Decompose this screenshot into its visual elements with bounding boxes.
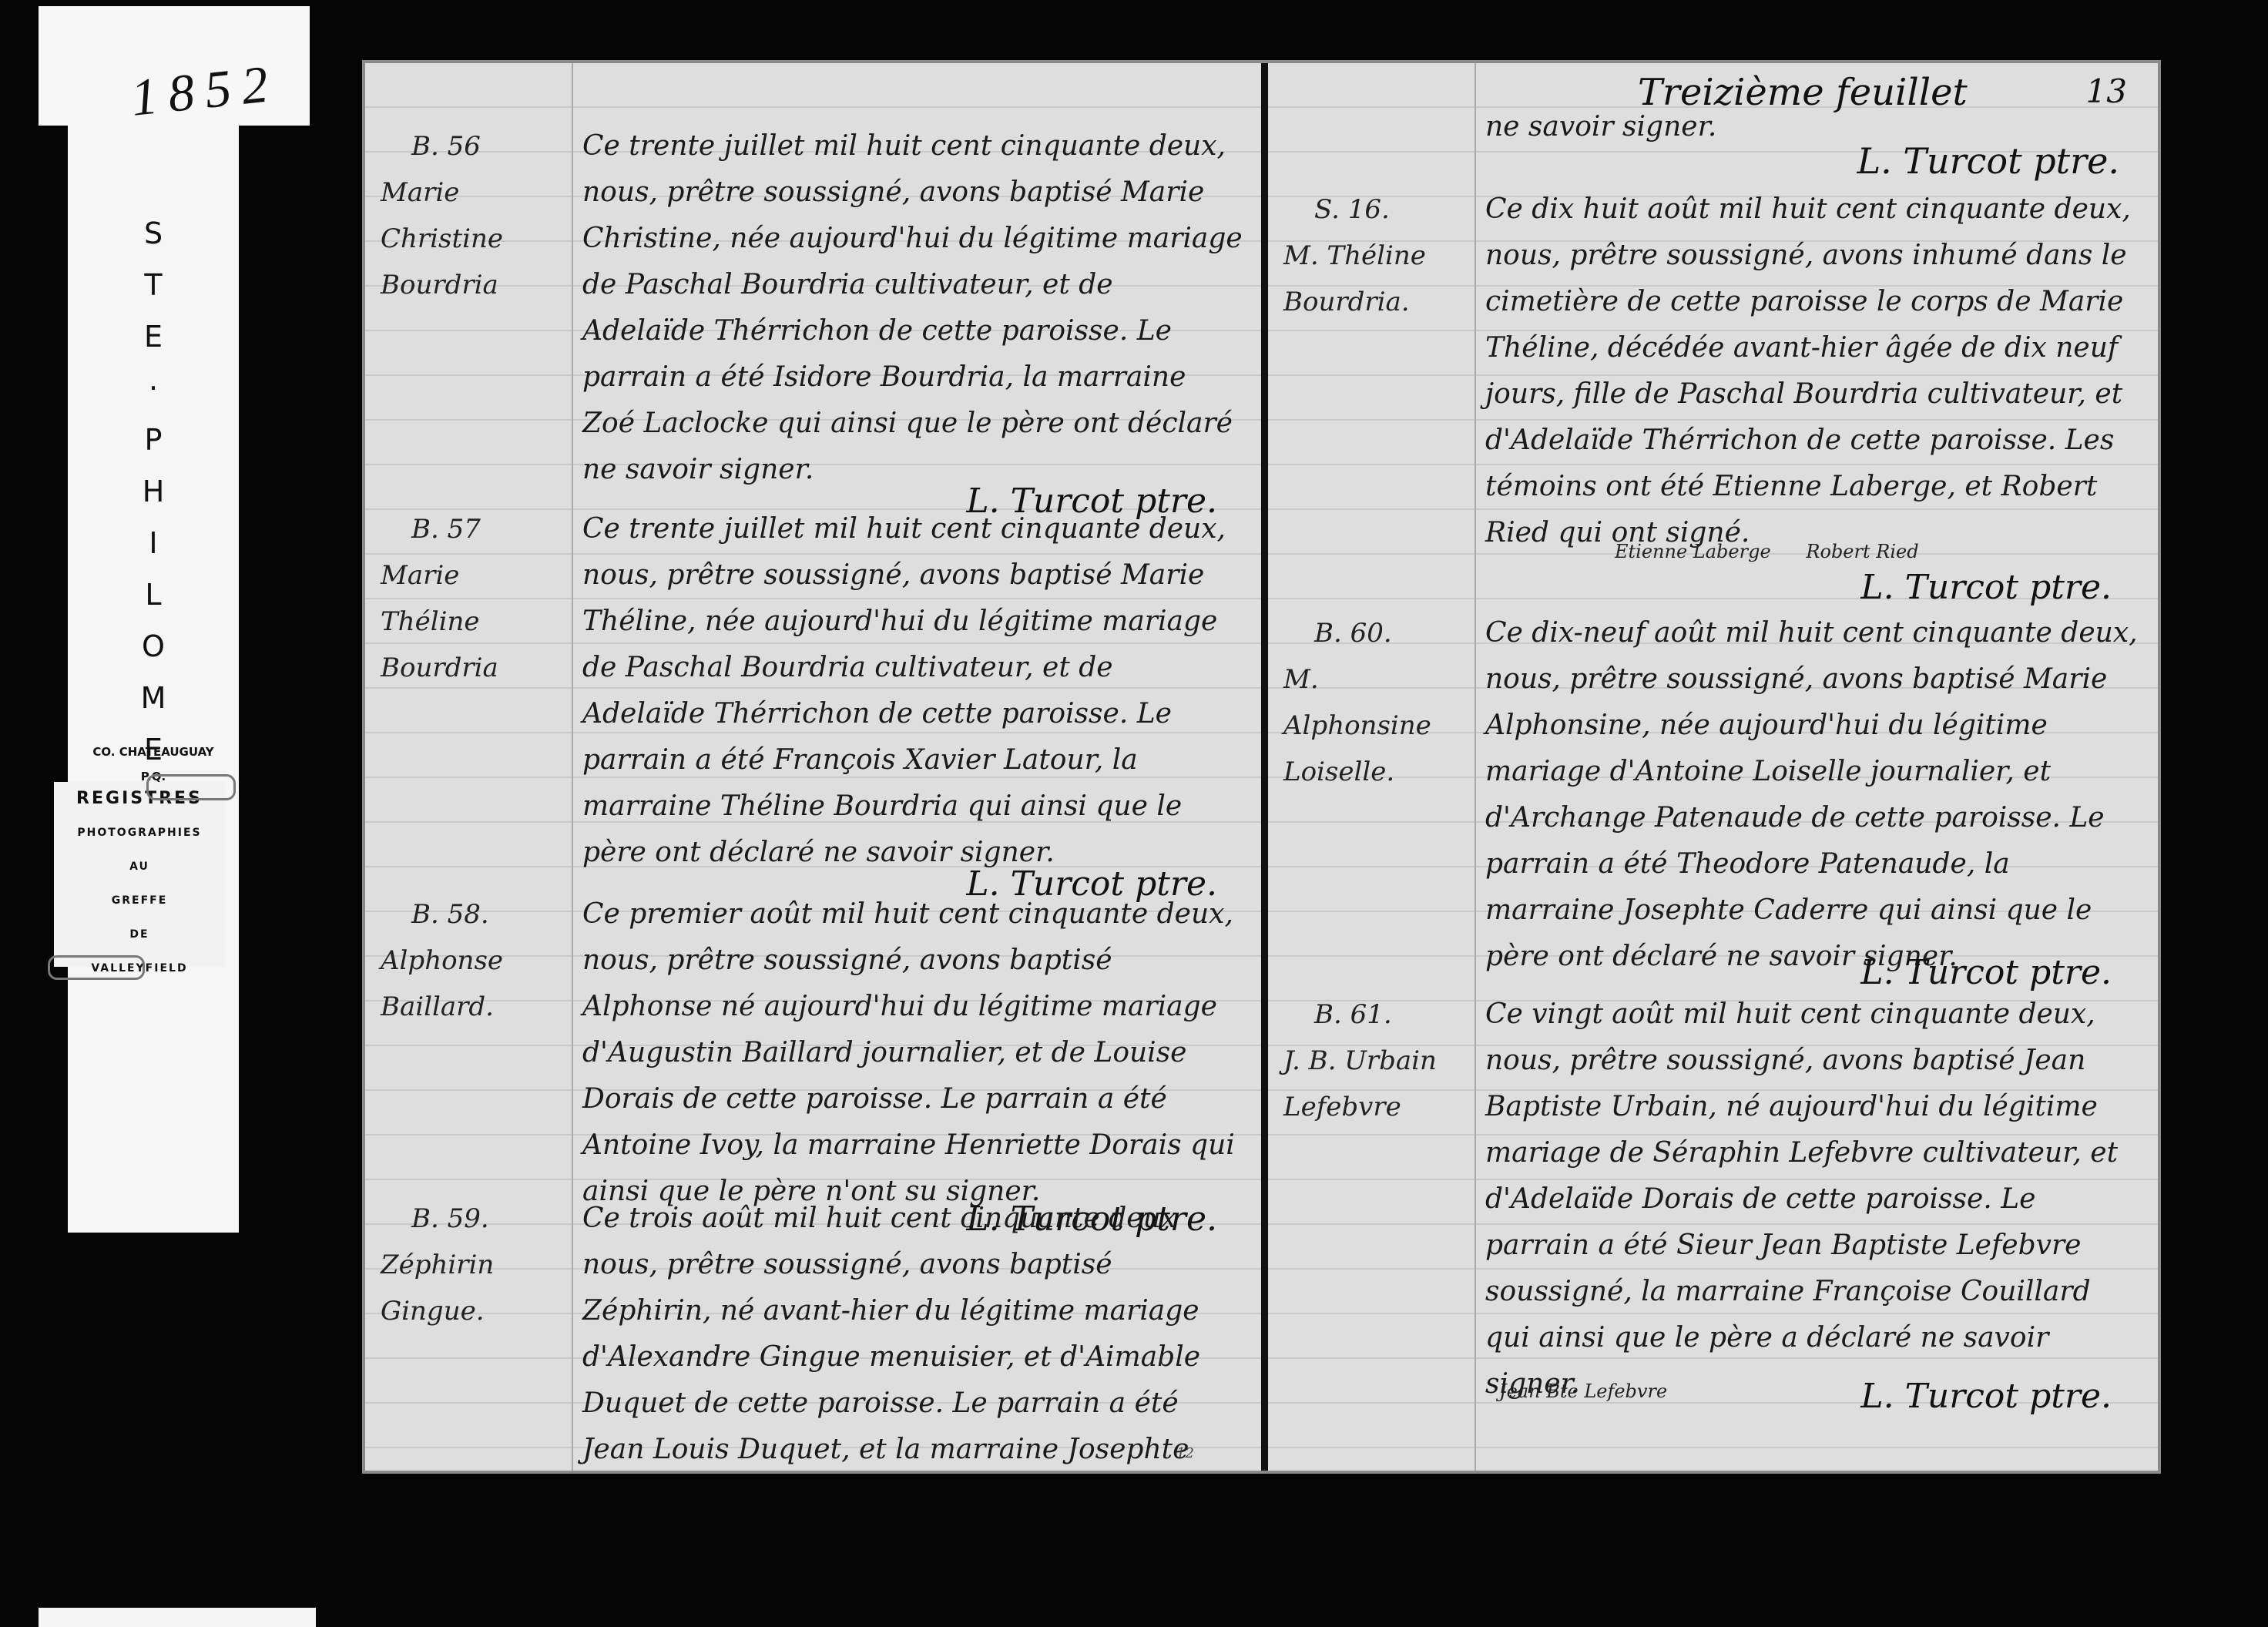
entry-name: Alphonse bbox=[381, 938, 565, 984]
carryover-text: ne savoir signer. bbox=[1485, 111, 1716, 143]
entry-name: Marie Théline bbox=[381, 552, 565, 645]
parish-name-vertical: S T E · P H I L O M E bbox=[68, 208, 239, 776]
entry-text: Ce dix-neuf août mil huit cent cinquante… bbox=[1485, 610, 2139, 980]
year-label: 1852 bbox=[39, 6, 310, 126]
folio-header: Treizième feuillet bbox=[1638, 71, 1968, 114]
witness-signature: Robert Ried bbox=[1806, 541, 1918, 562]
register-entry: B. 57 Marie Théline Bourdria Ce trente j… bbox=[365, 506, 1263, 907]
entry-code: B. 57 bbox=[381, 506, 565, 552]
parish-letter: T bbox=[68, 260, 239, 311]
entry-text: Ce trois août mil huit cent cinquante de… bbox=[582, 1196, 1244, 1471]
priest-signature: L. Turcot ptre. bbox=[1860, 1377, 2112, 1416]
registry-card-line: DE bbox=[54, 917, 225, 951]
parish-letter: · bbox=[68, 363, 239, 414]
register-book: B. 56 Marie Christine Bourdria Ce trente… bbox=[362, 60, 2161, 1474]
parish-letter: I bbox=[68, 518, 239, 569]
paperclip-icon bbox=[48, 955, 145, 980]
entry-text: Ce trente juillet mil huit cent cinquant… bbox=[582, 123, 1244, 493]
entry-text: Ce trente juillet mil huit cent cinquant… bbox=[582, 506, 1244, 876]
parish-letter: S bbox=[68, 208, 239, 260]
parish-letter: L bbox=[68, 569, 239, 621]
parish-letter: P bbox=[68, 414, 239, 466]
entry-name: M. Alphonsine bbox=[1283, 656, 1468, 749]
register-entry: B. 58. Alphonse Baillard. Ce premier aoû… bbox=[365, 891, 1263, 1230]
entry-margin: B. 58. Alphonse Baillard. bbox=[381, 891, 565, 1030]
entry-code: B. 60. bbox=[1283, 610, 1468, 656]
parish-letter: E bbox=[68, 311, 239, 363]
register-entry: B. 61. J. B. Urbain Lefebvre Ce vingt ao… bbox=[1268, 991, 2158, 1423]
priest-signature: L. Turcot ptre. bbox=[1860, 953, 2112, 992]
entry-text: Ce premier août mil huit cent cinquante … bbox=[582, 891, 1244, 1215]
entry-surname: Loiselle. bbox=[1283, 749, 1468, 795]
entry-text: Ce dix huit août mil huit cent cinquante… bbox=[1485, 186, 2139, 556]
register-entry: S. 16. M. Théline Bourdria. Ce dix huit … bbox=[1268, 186, 2158, 618]
entry-margin: B. 60. M. Alphonsine Loiselle. bbox=[1283, 610, 1468, 795]
witness-signatures: Etienne Laberge Robert Ried bbox=[1615, 541, 1919, 562]
county-line: CO. CHATEAUGUAY bbox=[68, 740, 239, 764]
registry-card-line: PHOTOGRAPHIES bbox=[54, 816, 225, 850]
entry-code: B. 61. bbox=[1283, 991, 1468, 1038]
entry-margin: B. 59. Zéphirin Gingue. bbox=[381, 1196, 565, 1334]
witness-signature: Etienne Laberge bbox=[1615, 541, 1771, 562]
entry-name: Zéphirin bbox=[381, 1242, 565, 1288]
registry-card: REGISTRES PHOTOGRAPHIES AU GREFFE DE VAL… bbox=[54, 782, 225, 967]
registry-card-line: GREFFE bbox=[54, 884, 225, 917]
entry-surname: Bourdria. bbox=[1283, 279, 1468, 325]
bottom-label bbox=[39, 1608, 316, 1627]
entry-surname: Baillard. bbox=[381, 984, 565, 1030]
register-entry: B. 60. M. Alphonsine Loiselle. Ce dix-ne… bbox=[1268, 610, 2158, 1011]
parish-letter: H bbox=[68, 466, 239, 518]
registry-card-line: AU bbox=[54, 850, 225, 884]
parish-label-strip: S T E · P H I L O M E CO. CHATEAUGUAY P.… bbox=[68, 123, 239, 1233]
entry-name: M. Théline bbox=[1283, 233, 1468, 279]
entry-surname: Bourdria bbox=[381, 645, 565, 691]
page-number: 13 bbox=[2086, 72, 2127, 110]
entry-surname: Lefebvre bbox=[1283, 1084, 1468, 1130]
parish-letter: M bbox=[68, 673, 239, 724]
entry-margin: S. 16. M. Théline Bourdria. bbox=[1283, 186, 1468, 325]
entry-code: B. 58. bbox=[381, 891, 565, 938]
entry-code: B. 56 bbox=[381, 123, 565, 169]
entry-margin: B. 56 Marie Christine Bourdria bbox=[381, 123, 565, 308]
right-page: Treizième feuillet 13 ne savoir signer. … bbox=[1268, 63, 2158, 1471]
entry-name: Marie Christine bbox=[381, 169, 565, 262]
parish-letter: O bbox=[68, 621, 239, 673]
entry-margin: B. 57 Marie Théline Bourdria bbox=[381, 506, 565, 691]
witness-signature: Jean Bte Lefebvre bbox=[1499, 1380, 1667, 1402]
entry-surname: Bourdria bbox=[381, 262, 565, 308]
entry-code: S. 16. bbox=[1283, 186, 1468, 233]
entry-text: Ce vingt août mil huit cent cinquante de… bbox=[1485, 991, 2139, 1407]
entry-name: J. B. Urbain bbox=[1283, 1038, 1468, 1084]
paperclip-icon bbox=[146, 774, 236, 800]
footer-mark: 12 bbox=[1176, 1445, 1194, 1461]
year-text: 1852 bbox=[128, 52, 281, 129]
register-entry: B. 56 Marie Christine Bourdria Ce trente… bbox=[365, 123, 1263, 524]
entry-margin: B. 61. J. B. Urbain Lefebvre bbox=[1283, 991, 1468, 1130]
register-entry: B. 59. Zéphirin Gingue. Ce trois août mi… bbox=[365, 1196, 1263, 1471]
priest-signature: L. Turcot ptre. bbox=[1857, 140, 2119, 182]
left-page: B. 56 Marie Christine Bourdria Ce trente… bbox=[365, 63, 1263, 1471]
entry-code: B. 59. bbox=[381, 1196, 565, 1242]
entry-surname: Gingue. bbox=[381, 1288, 565, 1334]
priest-signature: L. Turcot ptre. bbox=[1860, 568, 2112, 607]
witness-signatures: Jean Bte Lefebvre bbox=[1499, 1380, 1667, 1402]
